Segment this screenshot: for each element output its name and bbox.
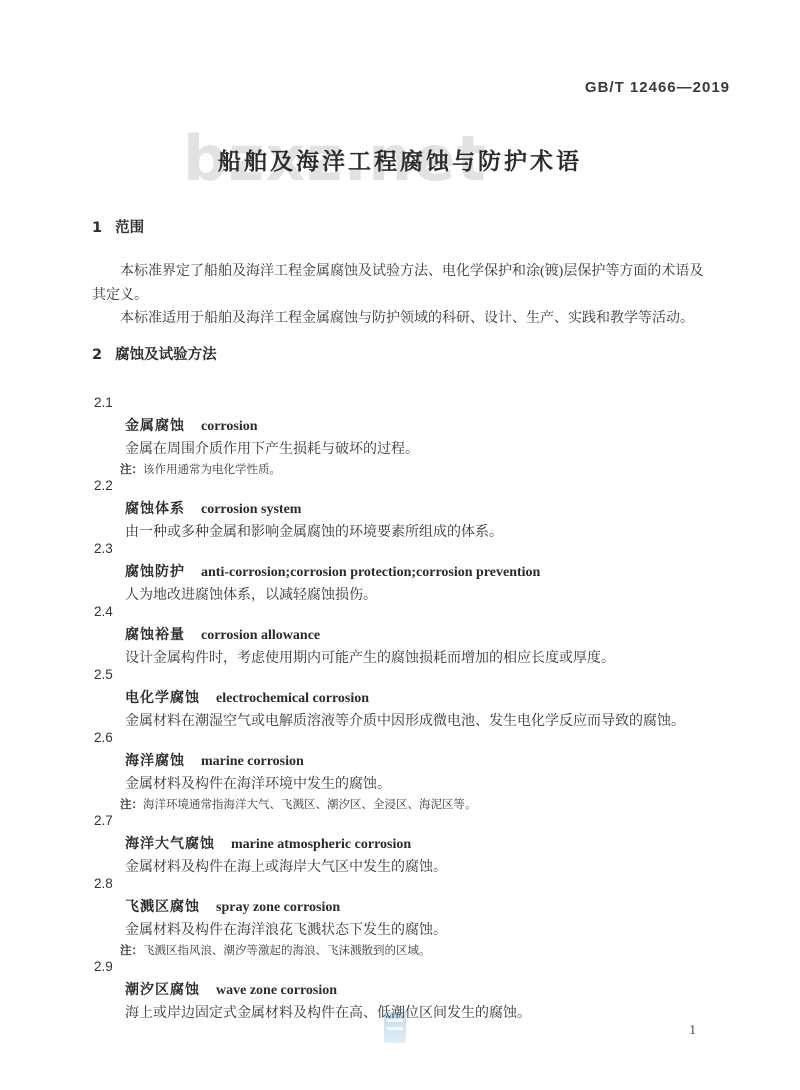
entry-number: 2.6 — [94, 730, 714, 745]
entry-term-chinese: 金属腐蚀 — [125, 419, 185, 434]
entry-note-text: 海洋环境通常指海洋大气、飞溅区、潮汐区、全浸区、海泥区等。 — [143, 799, 477, 811]
entry-note-label: 注： — [120, 945, 143, 957]
entry-definition: 金属材料及构件在海洋浪花飞溅状态下发生的腐蚀。 — [92, 922, 714, 939]
entry-definition: 由一种或多种金属和影响金属腐蚀的环境要素所组成的体系。 — [92, 524, 714, 541]
entry-note: 注：海洋环境通常指海洋大气、飞溅区、潮汐区、全浸区、海泥区等。 — [92, 797, 714, 813]
document-title: 船舶及海洋工程腐蚀与防护术语 — [0, 143, 800, 176]
scope-paragraph: 本标准界定了船舶及海洋工程金属腐蚀及试验方法、电化学保护和涂(镀)层保护等方面的… — [92, 260, 714, 307]
entry-term-english: spray zone corrosion — [216, 900, 340, 915]
term-entry: 2.2 腐蚀体系corrosion system 由一种或多种金属和影响金属腐蚀… — [92, 478, 714, 541]
entry-term-chinese: 腐蚀防护 — [125, 565, 185, 580]
term-entry: 2.5 电化学腐蚀electrochemical corrosion 金属材料在… — [92, 667, 714, 730]
entry-definition: 金属在周围介质作用下产生损耗与破坏的过程。 — [92, 441, 714, 458]
entry-term-english: marine atmospheric corrosion — [231, 837, 411, 852]
terminology-entries: 2.1 金属腐蚀corrosion 金属在周围介质作用下产生损耗与破坏的过程。 … — [92, 395, 714, 1022]
term-entry: 2.6 海洋腐蚀marine corrosion 金属材料及构件在海洋环境中发生… — [92, 730, 714, 813]
section-scope-heading: 1范围 — [92, 218, 714, 238]
entry-number: 2.5 — [94, 667, 714, 682]
entry-number: 2.2 — [94, 478, 714, 493]
entry-note-label: 注： — [120, 799, 143, 811]
document-body: 1范围 本标准界定了船舶及海洋工程金属腐蚀及试验方法、电化学保护和涂(镀)层保护… — [92, 218, 714, 1022]
entry-note: 注：该作用通常为电化学性质。 — [92, 462, 714, 478]
entry-term-english: corrosion — [201, 419, 258, 434]
entry-note-text: 该作用通常为电化学性质。 — [143, 464, 281, 476]
entry-term-chinese: 海洋大气腐蚀 — [125, 837, 215, 852]
entry-term-english: wave zone corrosion — [216, 983, 337, 998]
entry-term: 金属腐蚀corrosion — [92, 418, 714, 435]
entry-note-label: 注： — [120, 464, 143, 476]
section-terms-number: 2 — [92, 345, 102, 365]
section-scope-title: 范围 — [115, 220, 144, 236]
entry-definition: 设计金属构件时，考虑使用期内可能产生的腐蚀损耗而增加的相应长度或厚度。 — [92, 650, 714, 667]
entry-term-english: corrosion system — [201, 502, 301, 517]
entry-term-english: electrochemical corrosion — [216, 691, 369, 706]
term-entry: 2.7 海洋大气腐蚀marine atmospheric corrosion 金… — [92, 813, 714, 876]
entry-number: 2.3 — [94, 541, 714, 556]
entry-definition: 金属材料及构件在海洋环境中发生的腐蚀。 — [92, 776, 714, 793]
entry-term-english: corrosion allowance — [201, 628, 320, 643]
entry-term-chinese: 腐蚀裕量 — [125, 628, 185, 643]
section-scope-number: 1 — [92, 218, 102, 238]
document-page: GB/T 12466—2019 bzxz.net 船舶及海洋工程腐蚀与防护术语 … — [0, 0, 800, 1090]
entry-number: 2.7 — [94, 813, 714, 828]
entry-number: 2.1 — [94, 395, 714, 410]
entry-term: 飞溅区腐蚀spray zone corrosion — [92, 899, 714, 916]
section-terms-title: 腐蚀及试验方法 — [115, 347, 217, 363]
entry-term-chinese: 海洋腐蚀 — [125, 754, 185, 769]
entry-note-text: 飞溅区指风浪、潮汐等激起的海浪、飞沫溅散到的区域。 — [143, 945, 431, 957]
entry-term: 腐蚀裕量corrosion allowance — [92, 627, 714, 644]
entry-term: 潮汐区腐蚀wave zone corrosion — [92, 982, 714, 999]
entry-definition: 金属材料及构件在海上或海岸大气区中发生的腐蚀。 — [92, 859, 714, 876]
entry-note: 注：飞溅区指风浪、潮汐等激起的海浪、飞沫溅散到的区域。 — [92, 943, 714, 959]
term-entry: 2.3 腐蚀防护anti-corrosion;corrosion protect… — [92, 541, 714, 604]
entry-term: 腐蚀防护anti-corrosion;corrosion protection;… — [92, 564, 714, 581]
entry-term: 海洋腐蚀marine corrosion — [92, 753, 714, 770]
entry-number: 2.9 — [94, 959, 714, 974]
entry-definition: 金属材料在潮湿空气或电解质溶液等介质中因形成微电池、发生电化学反应而导致的腐蚀。 — [92, 713, 714, 730]
scope-paragraph: 本标准适用于船舶及海洋工程金属腐蚀与防护领域的科研、设计、生产、实践和教学等活动… — [92, 307, 714, 331]
term-entry: 2.9 潮汐区腐蚀wave zone corrosion 海上或岸边固定式金属材… — [92, 959, 714, 1022]
page-number: 1 — [689, 1022, 696, 1038]
entry-term: 电化学腐蚀electrochemical corrosion — [92, 690, 714, 707]
term-entry: 2.8 飞溅区腐蚀spray zone corrosion 金属材料及构件在海洋… — [92, 876, 714, 959]
entry-definition: 人为地改进腐蚀体系，以减轻腐蚀损伤。 — [92, 587, 714, 604]
entry-term-english: marine corrosion — [201, 754, 304, 769]
scope-paragraphs: 本标准界定了船舶及海洋工程金属腐蚀及试验方法、电化学保护和涂(镀)层保护等方面的… — [92, 260, 714, 331]
entry-number: 2.4 — [94, 604, 714, 619]
entry-term-chinese: 腐蚀体系 — [125, 502, 185, 517]
entry-term-chinese: 飞溅区腐蚀 — [125, 900, 200, 915]
entry-term: 海洋大气腐蚀marine atmospheric corrosion — [92, 836, 714, 853]
term-entry: 2.4 腐蚀裕量corrosion allowance 设计金属构件时，考虑使用… — [92, 604, 714, 667]
entry-definition: 海上或岸边固定式金属材料及构件在高、低潮位区间发生的腐蚀。 — [92, 1005, 714, 1022]
standard-number: GB/T 12466—2019 — [585, 79, 730, 96]
entry-term: 腐蚀体系corrosion system — [92, 501, 714, 518]
section-terms-heading: 2腐蚀及试验方法 — [92, 345, 714, 365]
entry-term-chinese: 潮汐区腐蚀 — [125, 983, 200, 998]
entry-term-english: anti-corrosion;corrosion protection;corr… — [201, 565, 540, 580]
entry-term-chinese: 电化学腐蚀 — [125, 691, 200, 706]
entry-number: 2.8 — [94, 876, 714, 891]
term-entry: 2.1 金属腐蚀corrosion 金属在周围介质作用下产生损耗与破坏的过程。 … — [92, 395, 714, 478]
